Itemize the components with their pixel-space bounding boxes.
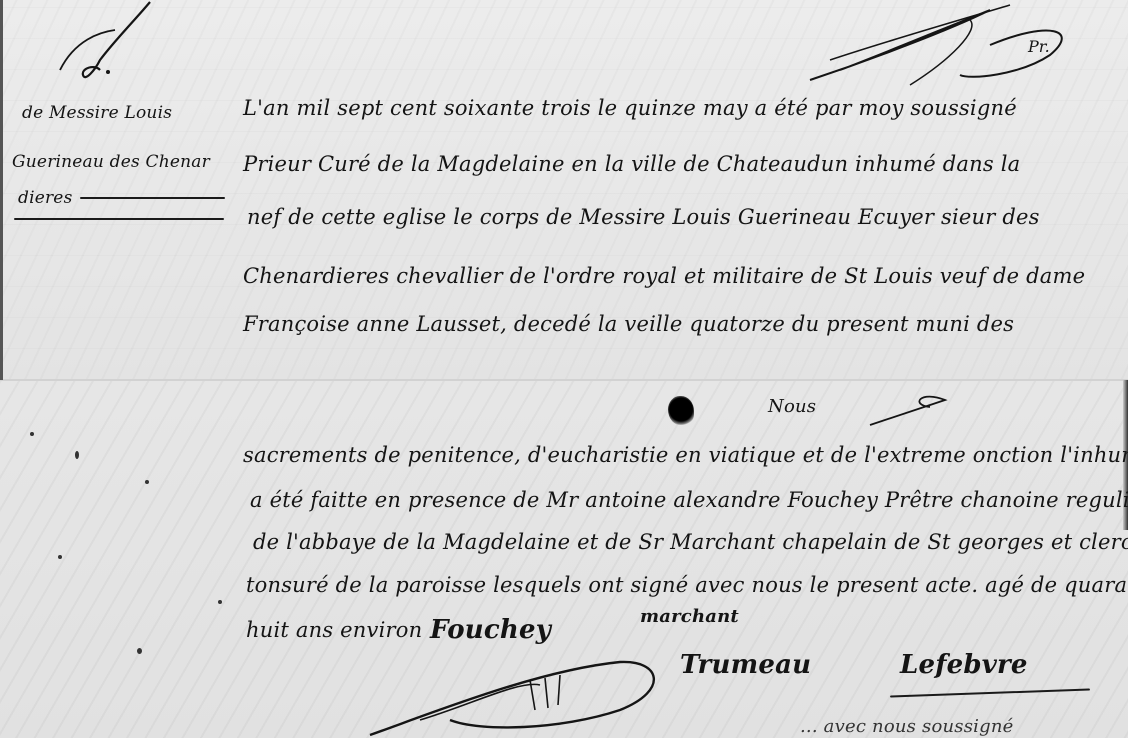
ink-blot xyxy=(668,396,694,426)
body-line-2: Prieur Curé de la Magdelaine en la ville… xyxy=(243,152,1020,176)
margin-line-2: Guerineau des Chenar xyxy=(12,152,210,172)
page-edge-left xyxy=(0,0,3,380)
speck xyxy=(30,432,34,436)
speck xyxy=(145,480,149,484)
body-line-6: sacrements de penitence, d'eucharistie e… xyxy=(243,443,1128,467)
bottom-cutoff-text: ... avec nous soussigné xyxy=(800,716,1014,737)
signature-flourish-top: Pr. xyxy=(790,0,1090,90)
interlinear-nous: Nous xyxy=(768,396,816,417)
margin-underline-2 xyxy=(14,218,224,220)
body-line-3: nef de cette eglise le corps de Messire … xyxy=(247,205,1040,229)
body-line-8: de l'abbaye de la Magdelaine et de Sr Ma… xyxy=(253,530,1128,554)
margin-underline-1 xyxy=(80,197,225,199)
margin-line-1: de Messire Louis xyxy=(22,103,172,123)
body-line-5: Françoise anne Lausset, decedé la veille… xyxy=(243,312,1014,336)
margin-s-mark xyxy=(55,0,165,85)
interlinear-marchant: marchant xyxy=(640,606,739,627)
speck xyxy=(218,600,222,604)
scan-seam xyxy=(0,379,1128,381)
signature-flourish-bottom xyxy=(360,650,680,738)
signature-trumeau: Trumeau xyxy=(680,650,811,680)
body-line-10: huit ans environ xyxy=(246,618,422,642)
signature-lefebvre: Lefebvre xyxy=(900,650,1028,680)
speck xyxy=(137,648,142,654)
speck xyxy=(58,555,62,559)
body-line-9: tonsuré de la paroisse lesquels ont sign… xyxy=(246,573,1128,597)
body-line-7: a été faitte en presence de Mr antoine a… xyxy=(250,488,1128,512)
svg-text:Pr.: Pr. xyxy=(1027,37,1050,56)
margin-line-3: dieres xyxy=(18,188,73,208)
body-line-4: Chenardieres chevallier de l'ordre royal… xyxy=(243,264,1085,288)
signature-fouchey: Fouchey xyxy=(430,615,551,645)
body-line-1: L'an mil sept cent soixante trois le qui… xyxy=(243,96,1017,120)
insertion-flourish xyxy=(860,385,970,445)
speck xyxy=(75,451,79,459)
